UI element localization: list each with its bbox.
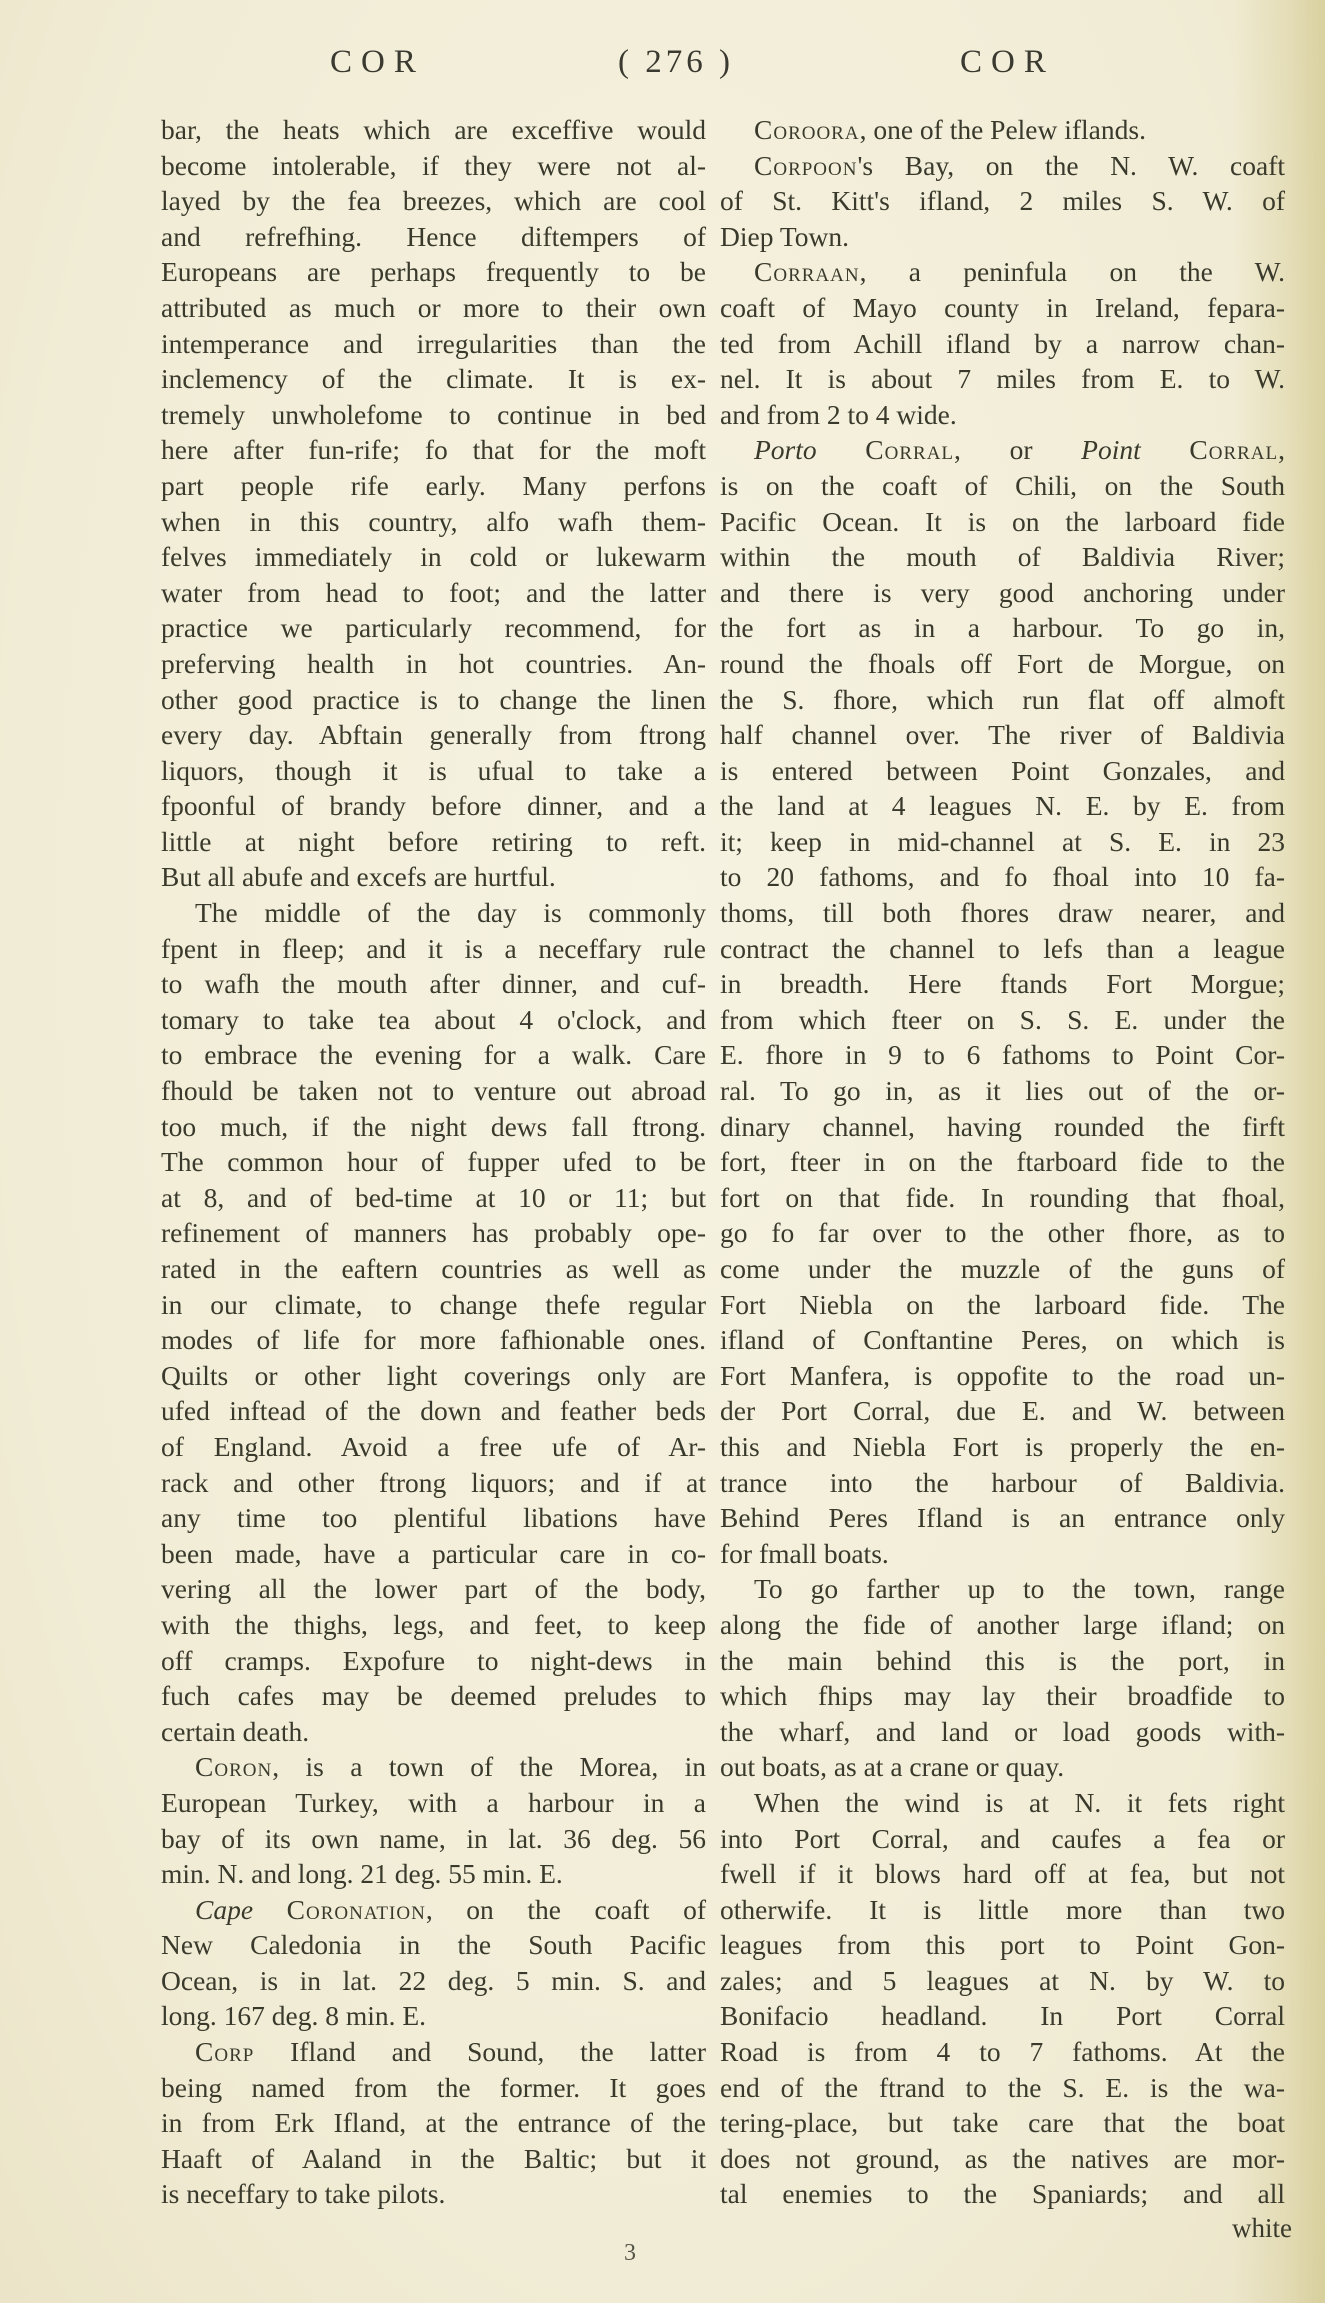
text-line: Behind Peres Ifland is an entrance only — [720, 1500, 1285, 1536]
line-text: The common hour of fupper ufed to be — [161, 1146, 706, 1177]
running-head-left: COR — [330, 44, 425, 81]
text-line: New Caledonia in the South Pacific — [161, 1927, 706, 1963]
line-text: in our climate, to change thefe regular — [161, 1289, 706, 1320]
text-line: bay of its own name, in lat. 36 deg. 56 — [161, 1821, 706, 1857]
text-line: long. 167 deg. 8 min. E. — [161, 1998, 706, 2034]
text-line: part people rife early. Many perfons — [161, 468, 706, 504]
line-text: in from Erk Ifland, at the entrance of t… — [161, 2107, 706, 2138]
text-line: intemperance and irregularities than the — [161, 326, 706, 362]
line-text: from which fteer on S. S. E. under the — [720, 1004, 1285, 1035]
text-line: Pacific Ocean. It is on the larboard fid… — [720, 504, 1285, 540]
line-text: European Turkey, with a harbour in a — [161, 1787, 706, 1818]
line-text: Quilts or other light coverings only are — [161, 1360, 706, 1391]
text-line: min. N. and long. 21 deg. 55 min. E. — [161, 1856, 706, 1892]
text-line: too much, if the night dews fall ftrong. — [161, 1109, 706, 1145]
text-line: does not ground, as the natives are mor- — [720, 2141, 1285, 2177]
text-line: liquors, though it is ufual to take a — [161, 753, 706, 789]
line-text: contract the channel to lefs than a leag… — [720, 933, 1285, 964]
line-text: Bonifacio headland. In Port Corral — [720, 2000, 1285, 2031]
line-text: New Caledonia in the South Pacific — [161, 1929, 706, 1960]
text-line: preferving health in hot countries. An- — [161, 646, 706, 682]
text-line: When the wind is at N. it fets right — [720, 1785, 1285, 1821]
text-line: to 20 fathoms, and fo fhoal into 10 fa- — [720, 859, 1285, 895]
line-text: Behind Peres Ifland is an entrance only — [720, 1502, 1285, 1533]
line-text: little at night before retiring to reft. — [161, 826, 706, 857]
line-text: along the fide of another large ifland; … — [720, 1609, 1285, 1640]
text-line: ifland of Conftantine Peres, on which is — [720, 1322, 1285, 1358]
text-line: for fmall boats. — [720, 1536, 1285, 1572]
text-line: become intolerable, if they were not al- — [161, 148, 706, 184]
text-line: fort, fteer in on the ftarboard fide to … — [720, 1144, 1285, 1180]
text-line: is entered between Point Gonzales, and — [720, 753, 1285, 789]
text-line: The middle of the day is commonly — [161, 895, 706, 931]
text-line: Bonifacio headland. In Port Corral — [720, 1998, 1285, 2034]
text-line: every day. Abftain generally from ftrong — [161, 717, 706, 753]
line-text: fort on that fide. In rounding that fhoa… — [720, 1182, 1285, 1213]
text-line: tomary to take tea about 4 o'clock, and — [161, 1002, 706, 1038]
line-text: long. 167 deg. 8 min. E. — [161, 2000, 426, 2031]
line-text: into Port Corral, and caufes a fea or — [720, 1823, 1285, 1854]
text-line: water from head to foot; and the latter — [161, 575, 706, 611]
line-text: fort, fteer in on the ftarboard fide to … — [720, 1146, 1285, 1177]
entry-headword-line: Corp Ifland and Sound, the latter — [161, 2034, 706, 2070]
text-line: Haaft of Aaland in the Baltic; but it — [161, 2141, 706, 2177]
line-text: Ifland and Sound, the latter — [254, 2036, 706, 2067]
text-line: rack and other ftrong liquors; and if at — [161, 1465, 706, 1501]
text-line: and there is very good anchoring under — [720, 575, 1285, 611]
text-line: contract the channel to lefs than a leag… — [720, 931, 1285, 967]
line-text: end of the ftrand to the S. E. is the wa… — [720, 2072, 1285, 2103]
text-line: fpoonful of brandy before dinner, and a — [161, 788, 706, 824]
line-text: layed by the fea breezes, which are cool — [161, 185, 706, 216]
line-text: fhould be taken not to venture out abroa… — [161, 1075, 706, 1106]
text-line: rated in the eaftern countries as well a… — [161, 1251, 706, 1287]
text-line: go fo far over to the other fhore, as to — [720, 1215, 1285, 1251]
catchword: white — [1232, 2213, 1292, 2244]
entry-headword: Coroora — [754, 114, 860, 145]
line-text: trance into the harbour of Baldivia. — [720, 1467, 1285, 1498]
line-text: thoms, till both fhores draw nearer, and — [720, 897, 1285, 928]
line-text: , a peninfula on the W. — [860, 256, 1285, 287]
text-line: nel. It is about 7 miles from E. to W. — [720, 361, 1285, 397]
text-line: vering all the lower part of the body, — [161, 1571, 706, 1607]
text-line: and refrefhing. Hence diftempers of — [161, 219, 706, 255]
line-text: is entered between Point Gonzales, and — [720, 755, 1285, 786]
line-text: , or — [954, 434, 1081, 465]
text-line: ufed inftead of the down and feather bed… — [161, 1393, 706, 1429]
line-text: any time too plentiful libations have — [161, 1502, 706, 1533]
text-line: come under the muzzle of the guns of — [720, 1251, 1285, 1287]
line-text: coaft of Mayo county in Ireland, fepara- — [720, 292, 1285, 323]
left-column: bar, the heats which are exceffive would… — [161, 112, 706, 2212]
text-line: off cramps. Expofure to night-dews in — [161, 1643, 706, 1679]
line-text: here after fun-rife; fo that for the mof… — [161, 434, 706, 465]
text-line: of England. Avoid a free ufe of Ar- — [161, 1429, 706, 1465]
line-text: is on the coaft of Chili, on the South — [720, 470, 1285, 501]
line-text: bay of its own name, in lat. 36 deg. 56 — [161, 1823, 706, 1854]
line-text: , is a town of the Morea, in — [272, 1751, 706, 1782]
text-line: at 8, and of bed-time at 10 or 11; but — [161, 1180, 706, 1216]
entry-headword-line: Corpoon's Bay, on the N. W. coaft — [720, 148, 1285, 184]
text-line: been made, have a particular care in co- — [161, 1536, 706, 1572]
text-line: tering-place, but take care that the boa… — [720, 2105, 1285, 2141]
line-text: the S. fhore, which run flat off almoft — [720, 684, 1285, 715]
line-text: the main behind this is the port, in — [720, 1645, 1285, 1676]
text-line: tal enemies to the Spaniards; and all — [720, 2176, 1285, 2212]
text-line: tremely unwholefome to continue in bed — [161, 397, 706, 433]
line-text: Fort Niebla on the larboard fide. The — [720, 1289, 1285, 1320]
signature-mark: 3 — [624, 2240, 636, 2267]
line-text: tremely unwholefome to continue in bed — [161, 399, 706, 430]
line-text: The middle of the day is commonly — [195, 897, 706, 928]
line-text: to wafh the mouth after dinner, and cuf- — [161, 968, 706, 999]
line-text: otherwife. It is little more than two — [720, 1894, 1285, 1925]
text-line: Ocean, is in lat. 22 deg. 5 min. S. and — [161, 1963, 706, 1999]
text-line: der Port Corral, due E. and W. between — [720, 1393, 1285, 1429]
right-column: Coroora, one of the Pelew iflands.Corpoo… — [720, 112, 1285, 2212]
entry-headword: Corpoon — [754, 150, 857, 181]
text-line: inclemency of the climate. It is ex- — [161, 361, 706, 397]
line-text: to embrace the evening for a walk. Care — [161, 1039, 706, 1070]
line-text: at 8, and of bed-time at 10 or 11; but — [161, 1182, 706, 1213]
entry-headword: Corral — [865, 434, 954, 465]
text-line: the fort as in a harbour. To go in, — [720, 610, 1285, 646]
text-line: the wharf, and land or load goods with- — [720, 1714, 1285, 1750]
text-line: fuch cafes may be deemed preludes to — [161, 1678, 706, 1714]
line-text: out boats, as at a crane or quay. — [720, 1751, 1064, 1782]
line-text: liquors, though it is ufual to take a — [161, 755, 706, 786]
line-text: for fmall boats. — [720, 1538, 889, 1569]
text-line: fpent in fleep; and it is a neceffary ru… — [161, 931, 706, 967]
line-text: to 20 fathoms, and fo fhoal into 10 fa- — [720, 861, 1285, 892]
text-line: from which fteer on S. S. E. under the — [720, 1002, 1285, 1038]
line-text: preferving health in hot countries. An- — [161, 648, 706, 679]
line-text: tering-place, but take care that the boa… — [720, 2107, 1285, 2138]
text-line: European Turkey, with a harbour in a — [161, 1785, 706, 1821]
line-text: bar, the heats which are exceffive would — [161, 114, 706, 145]
line-text: tomary to take tea about 4 o'clock, and — [161, 1004, 706, 1035]
line-text: Pacific Ocean. It is on the larboard fid… — [720, 506, 1285, 537]
line-text: the land at 4 leagues N. E. by E. from — [720, 790, 1285, 821]
entry-headword: Coronation — [287, 1894, 426, 1925]
line-text: become intolerable, if they were not al- — [161, 150, 706, 181]
line-text: other good practice is to change the lin… — [161, 684, 706, 715]
line-text: ifland of Conftantine Peres, on which is — [720, 1324, 1285, 1355]
line-text: part people rife early. Many perfons — [161, 470, 706, 501]
entry-headword: Corp — [195, 2036, 254, 2067]
line-text: But all abufe and excefs are hurtful. — [161, 861, 556, 892]
text-line: trance into the harbour of Baldivia. — [720, 1465, 1285, 1501]
line-text: certain death. — [161, 1716, 309, 1747]
line-text: rack and other ftrong liquors; and if at — [161, 1467, 706, 1498]
text-line: dinary channel, having rounded the firft — [720, 1109, 1285, 1145]
line-text: Haaft of Aaland in the Baltic; but it — [161, 2143, 706, 2174]
text-line: practice we particularly recommend, for — [161, 610, 706, 646]
line-text: 's Bay, on the N. W. coaft — [857, 150, 1285, 181]
line-text: , — [1278, 434, 1285, 465]
line-text: ral. To go in, as it lies out of the or- — [720, 1075, 1285, 1106]
running-head-right: COR — [960, 44, 1055, 81]
line-text: within the mouth of Baldivia River; — [720, 541, 1285, 572]
text-line: within the mouth of Baldivia River; — [720, 539, 1285, 575]
line-text: ufed inftead of the down and feather bed… — [161, 1395, 706, 1426]
entry-headword-line: Coron, is a town of the Morea, in — [161, 1749, 706, 1785]
line-text: off cramps. Expofure to night-dews in — [161, 1645, 706, 1676]
text-line: with the thighs, legs, and feet, to keep — [161, 1607, 706, 1643]
text-line: end of the ftrand to the S. E. is the wa… — [720, 2070, 1285, 2106]
line-text: and from 2 to 4 wide. — [720, 399, 957, 430]
entry-headword: Corral — [1189, 434, 1278, 465]
text-line: to embrace the evening for a walk. Care — [161, 1037, 706, 1073]
text-line: fhould be taken not to venture out abroa… — [161, 1073, 706, 1109]
line-text: felves immediately in cold or lukewarm — [161, 541, 706, 572]
text-line: along the fide of another large ifland; … — [720, 1607, 1285, 1643]
text-line: layed by the fea breezes, which are cool — [161, 183, 706, 219]
italic-prefix: Porto — [754, 434, 865, 465]
line-text: come under the muzzle of the guns of — [720, 1253, 1285, 1284]
line-text: of St. Kitt's ifland, 2 miles S. W. of — [720, 185, 1285, 216]
line-text: the fort as in a harbour. To go in, — [720, 612, 1285, 643]
line-text: been made, have a particular care in co- — [161, 1538, 706, 1569]
line-text: and there is very good anchoring under — [720, 577, 1285, 608]
text-line: any time too plentiful libations have — [161, 1500, 706, 1536]
text-line: is on the coaft of Chili, on the South — [720, 468, 1285, 504]
text-line: coaft of Mayo county in Ireland, fepara- — [720, 290, 1285, 326]
line-text: Road is from 4 to 7 fathoms. At the — [720, 2036, 1285, 2067]
text-line: round the fhoals off Fort de Morgue, on — [720, 646, 1285, 682]
text-line: of St. Kitt's ifland, 2 miles S. W. of — [720, 183, 1285, 219]
text-line: when in this country, alfo wafh them- — [161, 504, 706, 540]
text-line: here after fun-rife; fo that for the mof… — [161, 432, 706, 468]
line-text: vering all the lower part of the body, — [161, 1573, 706, 1604]
text-line: To go farther up to the town, range — [720, 1571, 1285, 1607]
line-text: dinary channel, having rounded the firft — [720, 1111, 1285, 1142]
text-line: Road is from 4 to 7 fathoms. At the — [720, 2034, 1285, 2070]
line-text: in breadth. Here ftands Fort Morgue; — [720, 968, 1285, 999]
line-text: Ocean, is in lat. 22 deg. 5 min. S. and — [161, 1965, 706, 1996]
line-text: , on the coaft of — [426, 1894, 706, 1925]
line-text: nel. It is about 7 miles from E. to W. — [720, 363, 1285, 394]
text-line: Quilts or other light coverings only are — [161, 1358, 706, 1394]
line-text: go fo far over to the other fhore, as to — [720, 1217, 1285, 1248]
line-text: every day. Abftain generally from ftrong — [161, 719, 706, 750]
text-line: fwell if it blows hard off at fea, but n… — [720, 1856, 1285, 1892]
line-text: tal enemies to the Spaniards; and all — [720, 2178, 1285, 2209]
text-line: fort on that fide. In rounding that fhoa… — [720, 1180, 1285, 1216]
text-line: in from Erk Ifland, at the entrance of t… — [161, 2105, 706, 2141]
entry-headword: Coron — [195, 1751, 272, 1782]
line-text: refinement of manners has probably ope- — [161, 1217, 706, 1248]
line-text: being named from the former. It goes — [161, 2072, 706, 2103]
line-text: To go farther up to the town, range — [754, 1573, 1285, 1604]
text-line: half channel over. The river of Baldivia — [720, 717, 1285, 753]
line-text: fwell if it blows hard off at fea, but n… — [720, 1858, 1285, 1889]
line-text: this and Niebla Fort is properly the en- — [720, 1431, 1285, 1462]
text-line: in our climate, to change thefe regular — [161, 1287, 706, 1323]
line-text: round the fhoals off Fort de Morgue, on — [720, 648, 1285, 679]
text-line: Fort Niebla on the larboard fide. The — [720, 1287, 1285, 1323]
entry-headword: Corraan — [754, 256, 860, 287]
line-text: fpoonful of brandy before dinner, and a — [161, 790, 706, 821]
text-line: Europeans are perhaps frequently to be — [161, 254, 706, 290]
text-line: ted from Achill ifland by a narrow chan- — [720, 326, 1285, 362]
text-line: it; keep in mid-channel at S. E. in 23 — [720, 824, 1285, 860]
text-line: zales; and 5 leagues at N. by W. to — [720, 1963, 1285, 1999]
line-text: half channel over. The river of Baldivia — [720, 719, 1285, 750]
line-text: intemperance and irregularities than the — [161, 328, 706, 359]
entry-headword-line: Corraan, a peninfula on the W. — [720, 254, 1285, 290]
text-line: leagues from this port to Point Gon- — [720, 1927, 1285, 1963]
text-line: and from 2 to 4 wide. — [720, 397, 1285, 433]
line-text: When the wind is at N. it fets right — [754, 1787, 1285, 1818]
text-line: the land at 4 leagues N. E. by E. from — [720, 788, 1285, 824]
text-line: is neceffary to take pilots. — [161, 2176, 706, 2212]
text-line: attributed as much or more to their own — [161, 290, 706, 326]
line-text: does not ground, as the natives are mor- — [720, 2143, 1285, 2174]
line-text: attributed as much or more to their own — [161, 292, 706, 323]
line-text: fpent in fleep; and it is a neceffary ru… — [161, 933, 706, 964]
italic-prefix: Point — [1081, 434, 1189, 465]
line-text: leagues from this port to Point Gon- — [720, 1929, 1285, 1960]
italic-prefix: Cape — [195, 1894, 287, 1925]
line-text: inclemency of the climate. It is ex- — [161, 363, 706, 394]
page-number: ( 276 ) — [618, 44, 734, 81]
text-line: Fort Manfera, is oppofite to the road un… — [720, 1358, 1285, 1394]
text-line: other good practice is to change the lin… — [161, 682, 706, 718]
text-line: E. fhore in 9 to 6 fathoms to Point Cor- — [720, 1037, 1285, 1073]
line-text: too much, if the night dews fall ftrong. — [161, 1111, 706, 1142]
text-line: modes of life for more fafhionable ones. — [161, 1322, 706, 1358]
line-text: of England. Avoid a free ufe of Ar- — [161, 1431, 706, 1462]
line-text: Diep Town. — [720, 221, 849, 252]
text-line: in breadth. Here ftands Fort Morgue; — [720, 966, 1285, 1002]
text-line: certain death. — [161, 1714, 706, 1750]
line-text: fuch cafes may be deemed preludes to — [161, 1680, 706, 1711]
line-text: E. fhore in 9 to 6 fathoms to Point Cor- — [720, 1039, 1285, 1070]
line-text: and refrefhing. Hence diftempers of — [161, 221, 706, 252]
text-line: being named from the former. It goes — [161, 2070, 706, 2106]
line-text: , one of the Pelew iflands. — [860, 114, 1146, 145]
text-line: otherwife. It is little more than two — [720, 1892, 1285, 1928]
line-text: zales; and 5 leagues at N. by W. to — [720, 1965, 1285, 1996]
line-text: practice we particularly recommend, for — [161, 612, 706, 643]
text-line: the main behind this is the port, in — [720, 1643, 1285, 1679]
text-line: refinement of manners has probably ope- — [161, 1215, 706, 1251]
entry-headword-line: Porto Corral, or Point Corral, — [720, 432, 1285, 468]
line-text: ted from Achill ifland by a narrow chan- — [720, 328, 1285, 359]
text-line: into Port Corral, and caufes a fea or — [720, 1821, 1285, 1857]
line-text: with the thighs, legs, and feet, to keep — [161, 1609, 706, 1640]
line-text: Europeans are perhaps frequently to be — [161, 256, 706, 287]
text-line: ral. To go in, as it lies out of the or- — [720, 1073, 1285, 1109]
text-line: bar, the heats which are exceffive would — [161, 112, 706, 148]
text-line: thoms, till both fhores draw nearer, and — [720, 895, 1285, 931]
running-head: COR ( 276 ) COR — [0, 44, 1325, 84]
text-line: Diep Town. — [720, 219, 1285, 255]
line-text: when in this country, alfo wafh them- — [161, 506, 706, 537]
text-line: which fhips may lay their broadfide to — [720, 1678, 1285, 1714]
line-text: the wharf, and land or load goods with- — [720, 1716, 1285, 1747]
line-text: it; keep in mid-channel at S. E. in 23 — [720, 826, 1285, 857]
line-text: rated in the eaftern countries as well a… — [161, 1253, 706, 1284]
text-line: out boats, as at a crane or quay. — [720, 1749, 1285, 1785]
entry-headword-line: Coroora, one of the Pelew iflands. — [720, 112, 1285, 148]
line-text: modes of life for more fafhionable ones. — [161, 1324, 706, 1355]
line-text: min. N. and long. 21 deg. 55 min. E. — [161, 1858, 563, 1889]
text-line: felves immediately in cold or lukewarm — [161, 539, 706, 575]
text-line: The common hour of fupper ufed to be — [161, 1144, 706, 1180]
text-line: little at night before retiring to reft. — [161, 824, 706, 860]
text-line: this and Niebla Fort is properly the en- — [720, 1429, 1285, 1465]
line-text: water from head to foot; and the latter — [161, 577, 706, 608]
line-text: which fhips may lay their broadfide to — [720, 1680, 1285, 1711]
book-page: COR ( 276 ) COR bar, the heats which are… — [0, 0, 1325, 2303]
line-text: is neceffary to take pilots. — [161, 2178, 445, 2209]
text-line: to wafh the mouth after dinner, and cuf- — [161, 966, 706, 1002]
text-line: the S. fhore, which run flat off almoft — [720, 682, 1285, 718]
text-line: But all abufe and excefs are hurtful. — [161, 859, 706, 895]
line-text: der Port Corral, due E. and W. between — [720, 1395, 1285, 1426]
line-text: Fort Manfera, is oppofite to the road un… — [720, 1360, 1285, 1391]
entry-headword-line: Cape Coronation, on the coaft of — [161, 1892, 706, 1928]
